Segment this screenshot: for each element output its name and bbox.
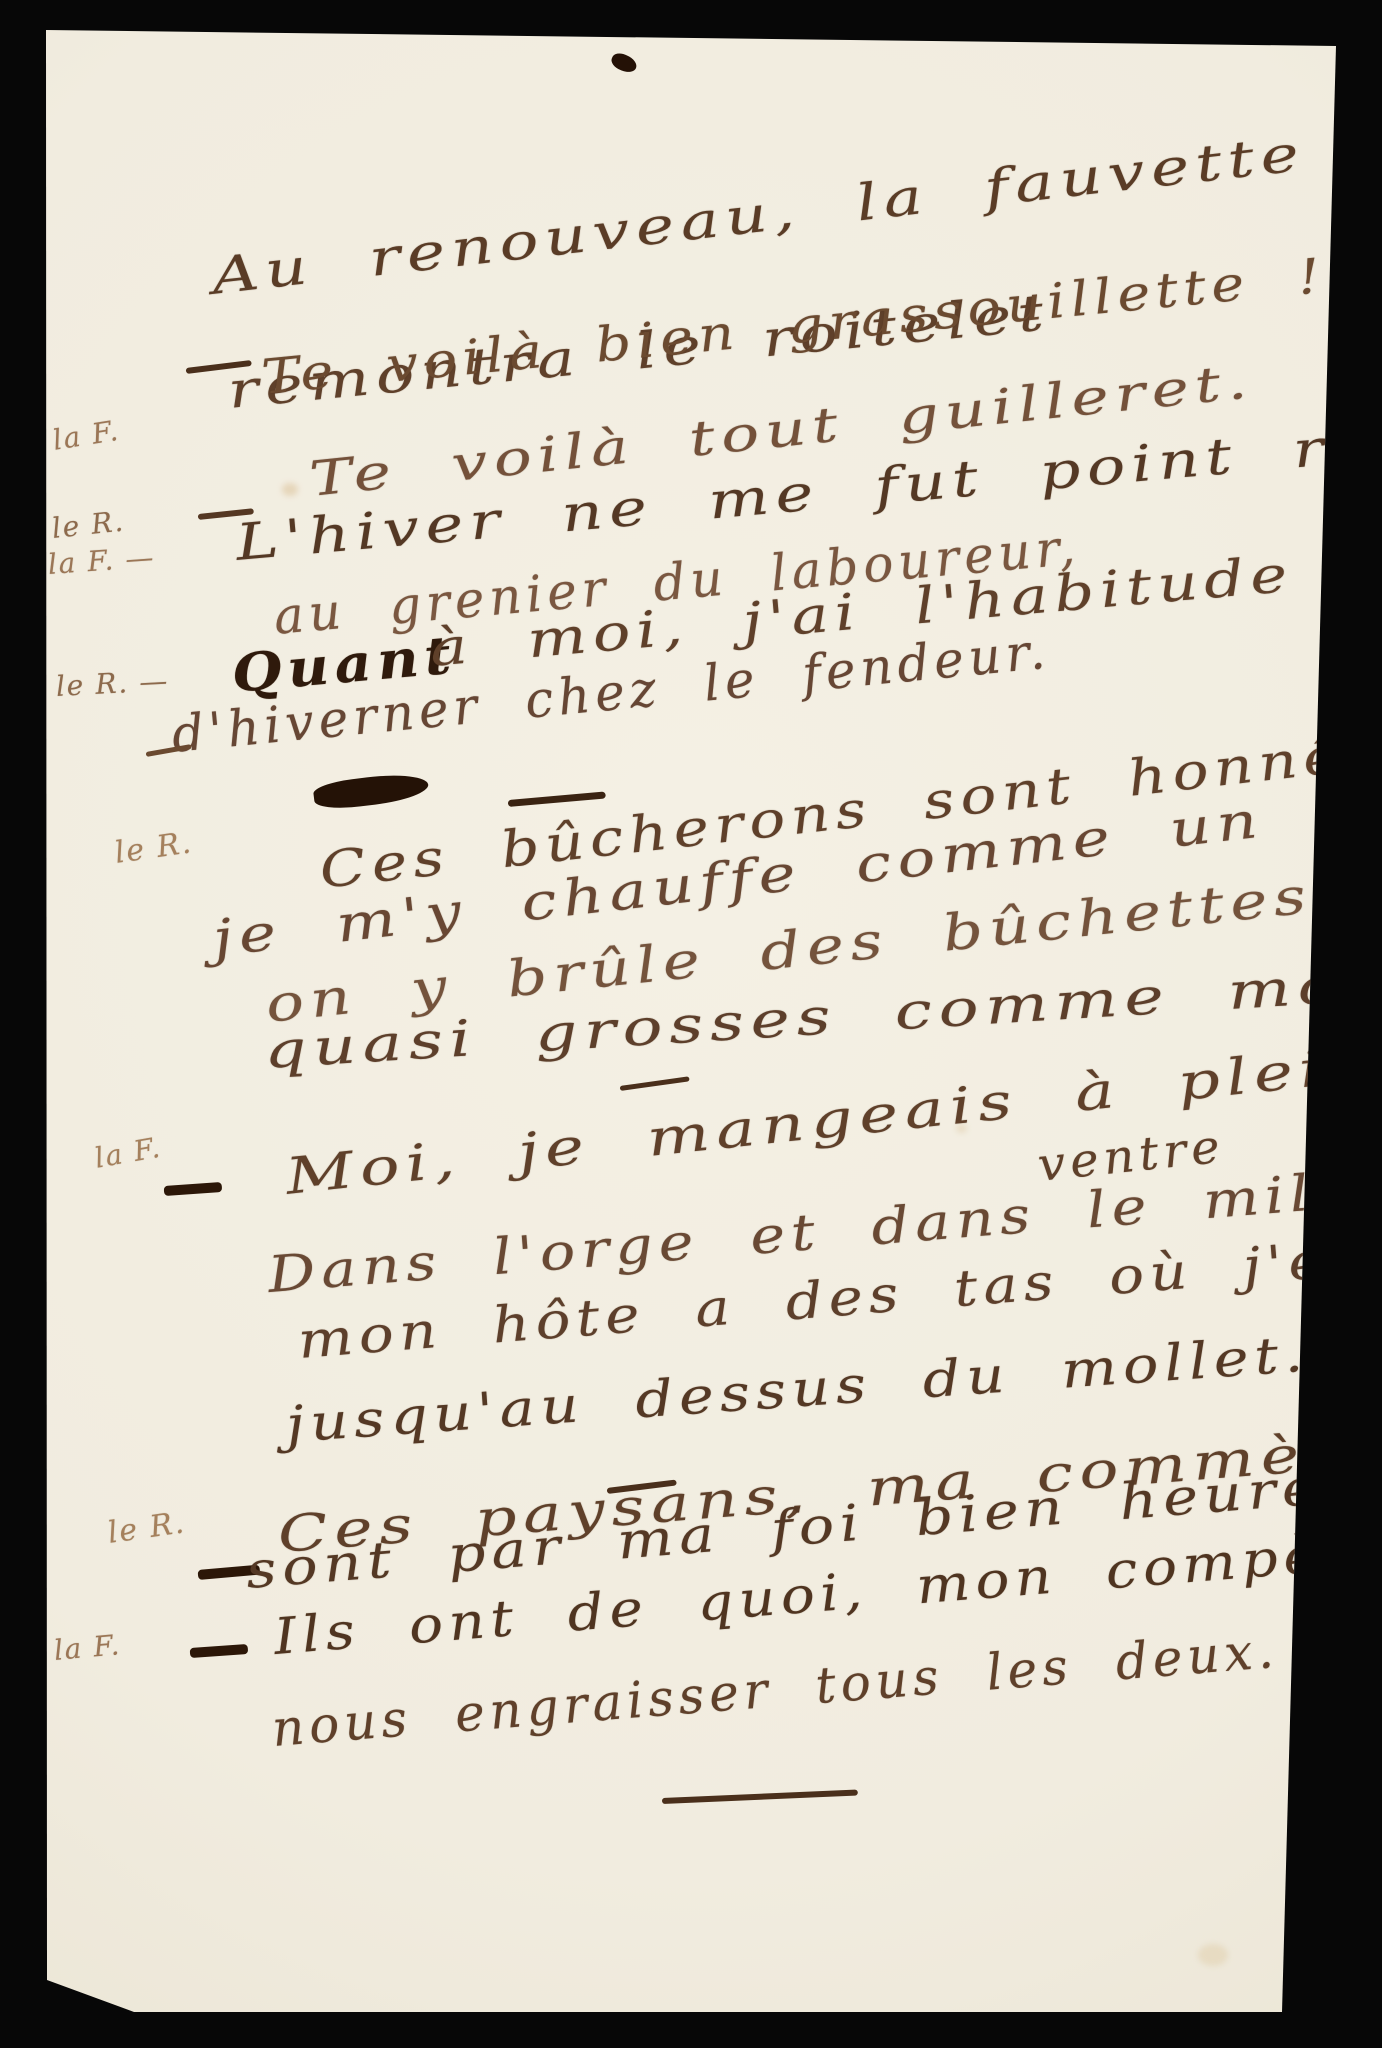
verse-line-7-word-blotted: Quant (229, 624, 459, 704)
speaker-label-le-roitelet: le R. (50, 504, 126, 544)
verse-line-7: à moi, j'ai l'habitude (427, 545, 1295, 678)
speaker-label-la-fauvette: la F. — (47, 541, 156, 581)
separator-dash-stroke (620, 1076, 690, 1091)
verse-line-13: quasi grosses comme moi (262, 954, 1373, 1080)
paper-stain (282, 483, 298, 496)
verse-line-15: Moi, je mangeais à plein (283, 1034, 1379, 1206)
speaker-label-le-roitelet: le R. (113, 825, 195, 871)
verse-line-1: Au renouveau, la fauvette (209, 124, 1309, 306)
speaker-label-la-fauvette: la F. (53, 1628, 123, 1667)
verse-line-11: je m'y chauffe comme un roi, (210, 769, 1382, 968)
ink-blot (609, 51, 639, 76)
verse-line-22: Ils ont de quoi, mon compère, (272, 1518, 1382, 1666)
verse-line-6: au grenier du laboureur, (271, 518, 1082, 646)
dialogue-dash-stroke (190, 1644, 249, 1658)
verse-line-10: Ces bûcherons sont honnêtes (317, 713, 1382, 900)
paper-stain (956, 1124, 967, 1133)
speaker-label-la-fauvette: la F. (92, 1131, 164, 1175)
separator-dash-stroke (508, 791, 606, 807)
verse-line-21: sont par ma foi bien heureux ! (244, 1445, 1382, 1600)
dialogue-dash-stroke (164, 1182, 223, 1196)
dialogue-dash-stroke (198, 508, 254, 520)
manuscript-photo: Au renouveau, la fauvette remontra le ro… (0, 0, 1382, 2048)
paper-stain (1198, 1944, 1228, 1966)
crossed-out-ink-blot (312, 770, 430, 812)
verse-line-17: mon hôte a des tas où j'entre (296, 1220, 1382, 1370)
speaker-label-le-roitelet: le R. — (55, 664, 170, 703)
dialogue-dash-stroke (198, 1565, 261, 1580)
flourish-dash-stroke (146, 744, 192, 757)
verse-line-15-inserted-word: ventre (1035, 1119, 1227, 1192)
verse-line-16: Dans l'orge et dans le millet (266, 1156, 1382, 1304)
verse-line-2: remontra le roitelet (225, 283, 1052, 420)
verse-line-8: d'hiverner chez le fendeur. (169, 622, 1052, 764)
closing-rule-stroke (662, 1789, 858, 1804)
verse-line-3: Te voilà bien grassouillette ! (259, 248, 1328, 406)
verse-line-5: L'hiver ne me fut point rude (233, 406, 1382, 572)
manuscript-paper: Au renouveau, la fauvette remontra le ro… (0, 0, 1382, 2048)
speaker-label-la-fauvette: la F. (50, 414, 121, 457)
verse-line-23: nous engraisser tous les deux. (270, 1621, 1281, 1758)
dialogue-dash-stroke (186, 360, 252, 374)
verse-line-4: Te voilà tout guilleret. (307, 353, 1256, 508)
verse-line-12: on y brûle des bûchettes (263, 866, 1315, 1034)
separator-dash-stroke (607, 1479, 677, 1493)
speaker-label-le-roitelet: le R. (106, 1505, 188, 1551)
verse-line-18: jusqu'au dessus du mollet. (284, 1325, 1310, 1454)
verse-line-20: Ces paysans, ma commère, (276, 1417, 1382, 1564)
